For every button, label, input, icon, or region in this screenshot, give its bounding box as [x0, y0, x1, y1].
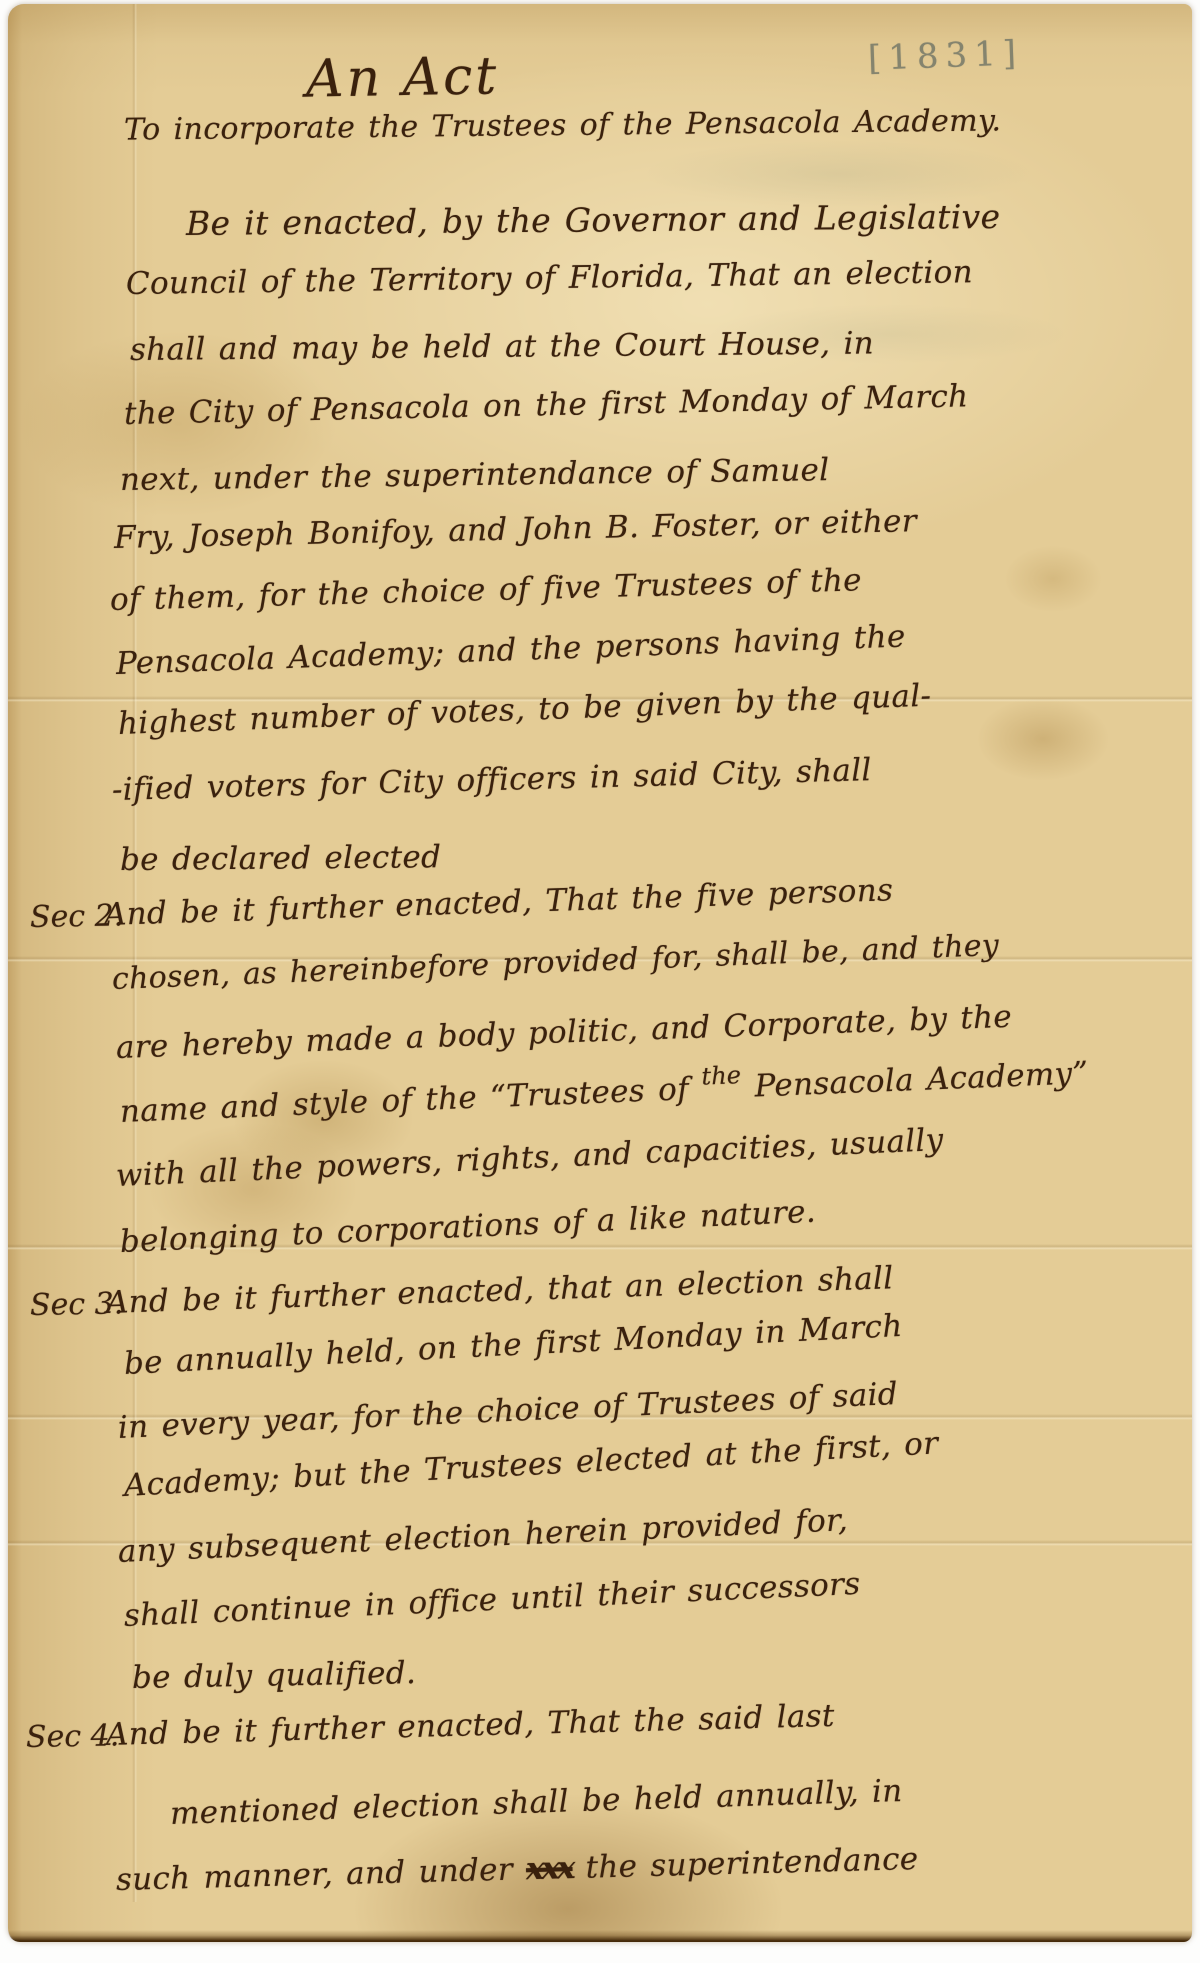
manuscript-line: Pensacola Academy; and the persons havin… — [115, 618, 906, 682]
manuscript-line: -ified voters for City officers in said … — [112, 752, 873, 808]
manuscript-line: such manner, and under xxx the superinte… — [116, 1841, 919, 1898]
manuscript-line: with all the powers, rights, and capacit… — [115, 1122, 944, 1194]
manuscript-page: [1831] An Act To incorporate the Trustee… — [8, 4, 1192, 1942]
document-subtitle: To incorporate the Trustees of the Pensa… — [124, 103, 1002, 147]
manuscript-line: Council of the Territory of Florida, Tha… — [126, 254, 973, 302]
manuscript-line: be declared elected — [120, 839, 441, 878]
manuscript-line: belonging to corporations of a like natu… — [119, 1194, 816, 1260]
manuscript-line: be annually held, on the first Monday in… — [123, 1308, 903, 1382]
document-title: An Act — [305, 46, 499, 109]
manuscript-line: name and style of the “Trustees of the P… — [119, 1055, 1089, 1130]
line-text: name and style of the “Trustees of — [119, 1071, 702, 1130]
manuscript-line: And be it further enacted, that an elect… — [105, 1260, 894, 1321]
document-scan: [1831] An Act To incorporate the Trustee… — [0, 0, 1200, 1963]
manuscript-line: the City of Pensacola on the first Monda… — [124, 378, 969, 432]
manuscript-line: Fry, Joseph Bonifoy, and John B. Foster,… — [114, 503, 918, 556]
struck-out-word: xxx — [526, 1850, 573, 1887]
manuscript-line: And be it further enacted, That the said… — [106, 1698, 836, 1753]
manuscript-line: highest number of votes, to be given by … — [117, 678, 931, 742]
manuscript-line: shall continue in office until their suc… — [123, 1566, 861, 1634]
manuscript-line: any subsequent election herein provided … — [117, 1502, 848, 1570]
line-text: such manner, and under — [116, 1851, 527, 1898]
line-text: the superintendance — [572, 1841, 919, 1886]
paper-deckle-edge — [8, 1930, 1192, 1942]
line-text: Pensacola Academy” — [741, 1055, 1089, 1105]
manuscript-line: of them, for the choice of five Trustees… — [110, 562, 863, 618]
manuscript-line: be duly qualified. — [132, 1655, 417, 1696]
manuscript-line: next, under the superintendance of Samue… — [120, 452, 830, 498]
manuscript-line: chosen, as hereinbefore provided for, sh… — [111, 928, 999, 997]
manuscript-line: are hereby made a body politic, and Corp… — [115, 999, 1012, 1066]
manuscript-line: And be it further enacted, That the five… — [103, 872, 893, 933]
year-annotation: [1831] — [867, 33, 1023, 78]
manuscript-line: mentioned election shall be held annuall… — [169, 1773, 903, 1832]
manuscript-line: Be it enacted, by the Governor and Legis… — [186, 197, 1001, 243]
inserted-word: the — [701, 1061, 742, 1091]
manuscript-line: shall and may be held at the Court House… — [130, 326, 874, 368]
